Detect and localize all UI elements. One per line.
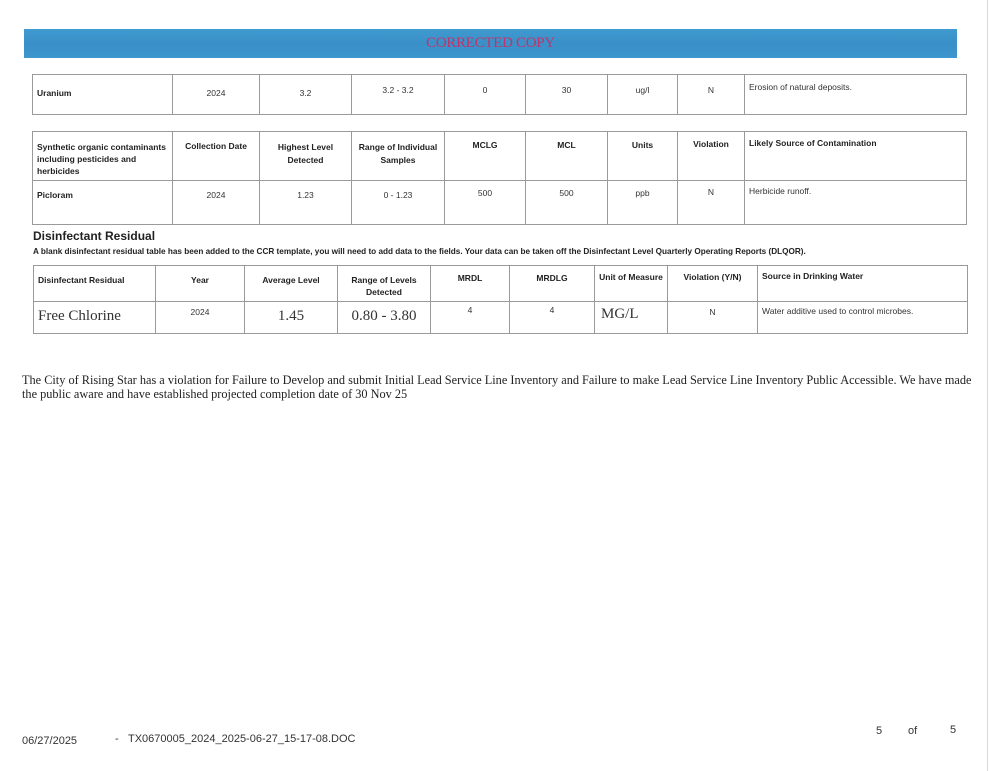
- disinfectant-section-title: Disinfectant Residual: [33, 229, 155, 243]
- collection-year: 2024: [173, 181, 260, 225]
- disinfectant-note: A blank disinfectant residual table has …: [33, 247, 806, 256]
- contaminant-name: Picloram: [33, 181, 173, 225]
- header-range-levels: Range of Levels Detected: [338, 266, 431, 302]
- header-mcl: MCL: [526, 132, 608, 181]
- header-year: Year: [156, 266, 245, 302]
- year: 2024: [156, 302, 245, 334]
- mrdl: 4: [431, 302, 510, 334]
- header-mrdl: MRDL: [431, 266, 510, 302]
- mrdlg: 4: [510, 302, 595, 334]
- header-likely-source: Likely Source of Contamination: [745, 132, 967, 181]
- header-contaminant: Synthetic organic contaminants including…: [33, 132, 173, 181]
- range-levels: 0.80 - 3.80: [338, 302, 431, 334]
- corrected-copy-banner: CORRECTED COPY: [24, 29, 957, 58]
- mclg: 0: [445, 75, 526, 115]
- header-disinfectant: Disinfectant Residual: [34, 266, 156, 302]
- page-of-label: of: [908, 725, 917, 737]
- table-row: Uranium 2024 3.2 3.2 - 3.2 0 30 ug/l N E…: [33, 75, 967, 115]
- table-header-row: Disinfectant Residual Year Average Level…: [34, 266, 968, 302]
- disinfectant-table: Disinfectant Residual Year Average Level…: [33, 265, 968, 334]
- page-total: 5: [950, 724, 956, 736]
- header-collection-date: Collection Date: [173, 132, 260, 181]
- header-units: Units: [608, 132, 678, 181]
- header-source: Source in Drinking Water: [758, 266, 968, 302]
- header-unit-of-measure: Unit of Measure: [595, 266, 668, 302]
- units: ppb: [608, 181, 678, 225]
- source: Water additive used to control microbes.: [758, 302, 968, 334]
- mcl: 500: [526, 181, 608, 225]
- table-row: Free Chlorine 2024 1.45 0.80 - 3.80 4 4 …: [34, 302, 968, 334]
- mcl: 30: [526, 75, 608, 115]
- violation: N: [678, 75, 745, 115]
- header-mrdlg: MRDLG: [510, 266, 595, 302]
- uranium-table: Uranium 2024 3.2 3.2 - 3.2 0 30 ug/l N E…: [32, 74, 967, 115]
- banner-text: CORRECTED COPY: [426, 35, 555, 52]
- footer-filename: TX0670005_2024_2025-06-27_15-17-08.DOC: [128, 733, 356, 745]
- page-current: 5: [876, 725, 882, 737]
- violation: N: [668, 302, 758, 334]
- header-mclg: MCLG: [445, 132, 526, 181]
- page-edge: [987, 0, 988, 771]
- table-row: Picloram 2024 1.23 0 - 1.23 500 500 ppb …: [33, 181, 967, 225]
- header-average-level: Average Level: [245, 266, 338, 302]
- highest-level: 1.23: [260, 181, 352, 225]
- header-violation: Violation (Y/N): [668, 266, 758, 302]
- likely-source: Erosion of natural deposits.: [745, 75, 967, 115]
- likely-source: Herbicide runoff.: [745, 181, 967, 225]
- violation: N: [678, 181, 745, 225]
- violation-paragraph: The City of Rising Star has a violation …: [22, 373, 982, 401]
- header-violation: Violation: [678, 132, 745, 181]
- footer-date: 06/27/2025: [22, 735, 77, 747]
- header-highest-level: Highest Level Detected: [260, 132, 352, 181]
- range: 3.2 - 3.2: [352, 75, 445, 115]
- units: ug/l: [608, 75, 678, 115]
- average-level: 1.45: [245, 302, 338, 334]
- contaminant-name: Uranium: [33, 75, 173, 115]
- disinfectant-name: Free Chlorine: [34, 302, 156, 334]
- collection-year: 2024: [173, 75, 260, 115]
- highest-level: 3.2: [260, 75, 352, 115]
- header-range: Range of Individual Samples: [352, 132, 445, 181]
- unit-of-measure: MG/L: [595, 302, 668, 334]
- range: 0 - 1.23: [352, 181, 445, 225]
- footer-separator: -: [115, 733, 119, 745]
- table-header-row: Synthetic organic contaminants including…: [33, 132, 967, 181]
- soc-table: Synthetic organic contaminants including…: [32, 131, 967, 225]
- mclg: 500: [445, 181, 526, 225]
